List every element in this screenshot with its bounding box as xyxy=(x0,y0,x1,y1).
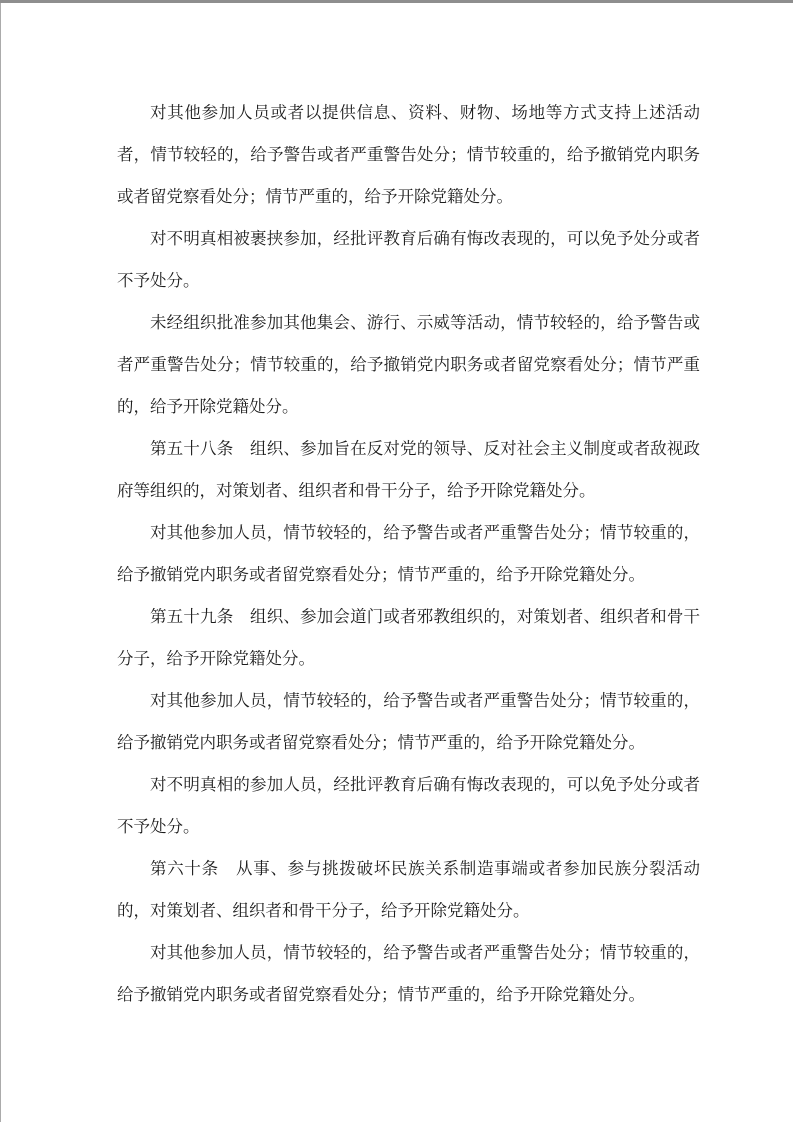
paragraph: 对其他参加人员或者以提供信息、资料、财物、场地等方式支持上述活动者，情节较轻的，… xyxy=(117,92,700,218)
document-page: { "page": { "background_color": "#ffffff… xyxy=(0,0,793,1122)
paragraph: 对其他参加人员，情节较轻的，给予警告或者严重警告处分；情节较重的，给予撤销党内职… xyxy=(117,932,700,1016)
paragraph-article-59: 第五十九条 组织、参加会道门或者邪教组织的，对策划者、组织者和骨干分子，给予开除… xyxy=(117,596,700,680)
paragraph-article-60: 第六十条 从事、参与挑拨破坏民族关系制造事端或者参加民族分裂活动的，对策划者、组… xyxy=(117,848,700,932)
paragraph-article-58: 第五十八条 组织、参加旨在反对党的领导、反对社会主义制度或者敌视政府等组织的，对… xyxy=(117,428,700,512)
page-top-edge xyxy=(0,0,793,3)
paragraph: 未经组织批准参加其他集会、游行、示威等活动，情节较轻的，给予警告或者严重警告处分… xyxy=(117,302,700,428)
document-text-block: 对其他参加人员或者以提供信息、资料、财物、场地等方式支持上述活动者，情节较轻的，… xyxy=(117,92,700,1016)
paragraph: 对其他参加人员，情节较轻的，给予警告或者严重警告处分；情节较重的，给予撤销党内职… xyxy=(117,512,700,596)
paragraph: 对其他参加人员，情节较轻的，给予警告或者严重警告处分；情节较重的，给予撤销党内职… xyxy=(117,680,700,764)
paragraph: 对不明真相的参加人员，经批评教育后确有悔改表现的，可以免予处分或者不予处分。 xyxy=(117,764,700,848)
paragraph: 对不明真相被裹挟参加，经批评教育后确有悔改表现的，可以免予处分或者不予处分。 xyxy=(117,218,700,302)
page-left-edge xyxy=(0,3,1,1122)
